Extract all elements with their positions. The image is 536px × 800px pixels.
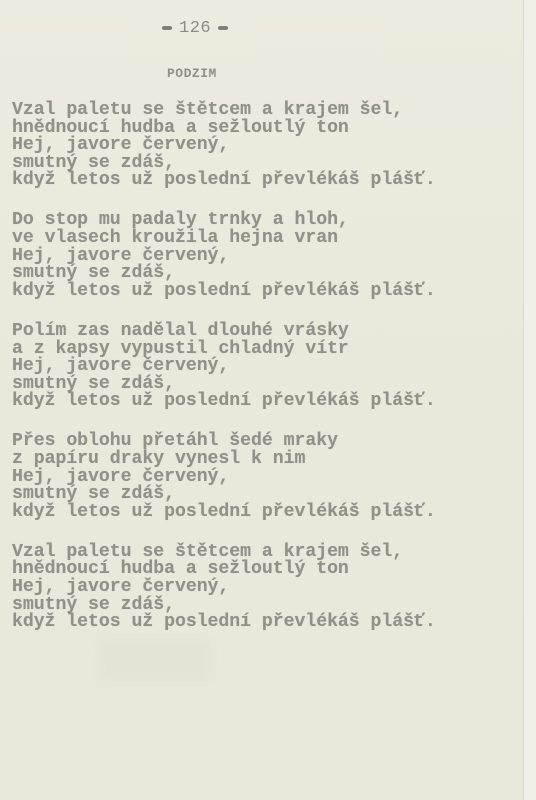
verse-line: když letos už poslední převlékáš plášť.	[12, 283, 436, 301]
verse-line: když letos už poslední převlékáš plášť.	[12, 504, 436, 522]
stanza: Vzal paletu se štětcem a krajem šel, hně…	[12, 102, 436, 190]
verse-line: když letos už poslední převlékáš plášť.	[12, 393, 436, 411]
page-number: 126	[155, 19, 235, 38]
poem-body: Vzal paletu se štětcem a krajem šel, hně…	[12, 102, 436, 654]
page-number-value: 126	[179, 19, 211, 38]
verse-line: když letos už poslední převlékáš plášť.	[12, 172, 436, 190]
verse-line: Vzal paletu se štětcem a krajem šel,	[12, 102, 436, 120]
stanza: Do stop mu padaly trnky a hloh, ve vlase…	[12, 212, 436, 300]
stanza: Přes oblohu přetáhl šedé mraky z papíru …	[12, 433, 436, 521]
stanza: Polím zas nadělal dlouhé vrásky a z kaps…	[12, 323, 436, 411]
dash-left	[162, 26, 172, 30]
stanza: Vzal paletu se štětcem a krajem šel, hně…	[12, 544, 436, 632]
scan-margin	[524, 0, 536, 800]
verse-line: z papíru draky vynesl k nim	[12, 451, 436, 469]
dash-right	[218, 26, 228, 30]
poem-title: PODZIM	[167, 66, 217, 81]
verse-line: Polím zas nadělal dlouhé vrásky	[12, 323, 436, 341]
verse-line: když letos už poslední převlékáš plášť.	[12, 614, 436, 632]
